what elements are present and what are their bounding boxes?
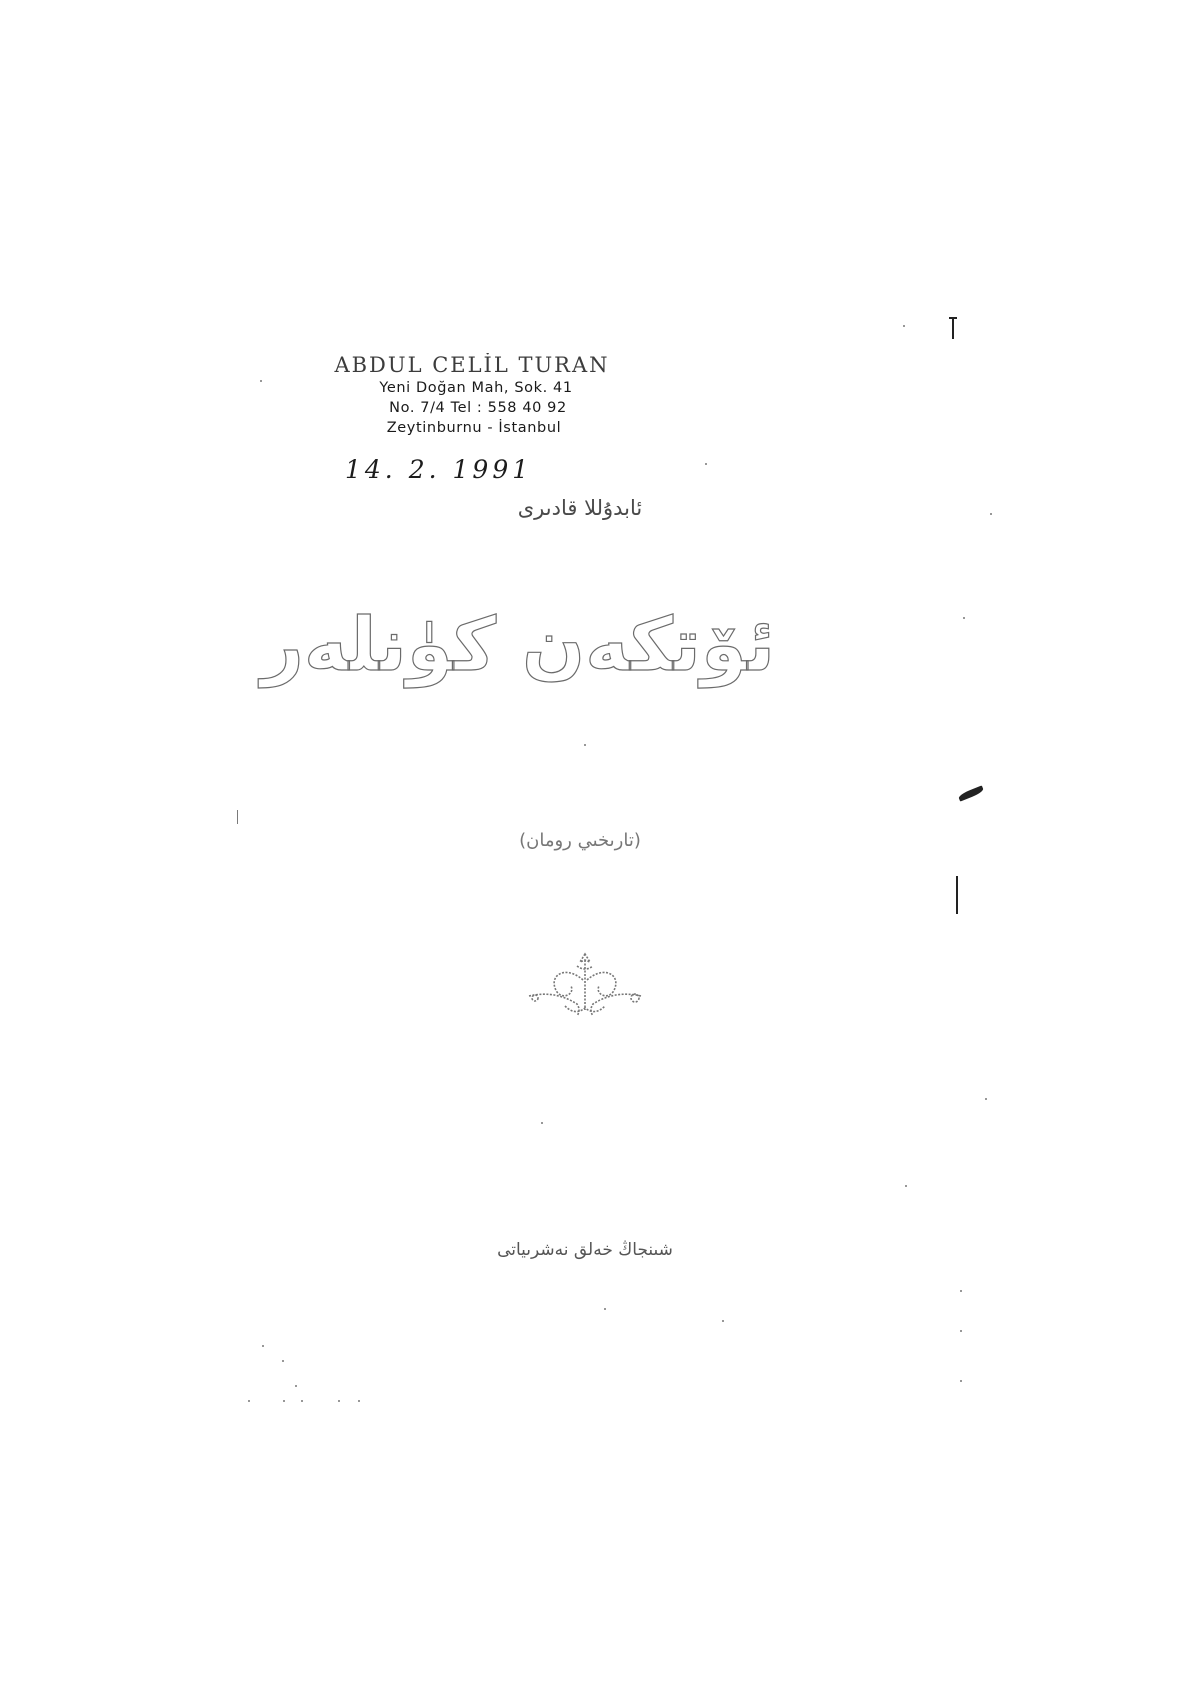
scan-mark-right-line (956, 876, 958, 914)
stamp-address-line-1: Yeni Doğan Mah, Sok. 41 (330, 378, 622, 398)
scan-speck (990, 513, 992, 515)
scan-speck (295, 1385, 297, 1387)
book-title: ئۆتكەن كۈنلەر (405, 580, 775, 710)
stamp-address-line-3: Zeytinburnu - İstanbul (326, 418, 622, 438)
scan-speck (260, 380, 262, 382)
book-subtitle: (تارىخىي رومان) (480, 830, 680, 851)
scan-speck (282, 1360, 284, 1362)
scan-smudge-right (958, 785, 985, 801)
scanned-title-page: ABDUL CELİL TURAN Yeni Doğan Mah, Sok. 4… (0, 0, 1190, 1690)
scan-speck (584, 744, 586, 746)
scan-speck (963, 617, 965, 619)
scan-speck (358, 1400, 360, 1402)
scan-speck (903, 325, 905, 327)
scan-mark-left-line (237, 810, 238, 824)
publisher-name: شىنجاڭ خەلق نەشرىياتى (470, 1240, 700, 1260)
scan-speck (960, 1330, 962, 1332)
stamp-owner-name: ABDUL CELİL TURAN (322, 352, 622, 378)
scan-speck (262, 1345, 264, 1347)
owner-stamp: ABDUL CELİL TURAN Yeni Doğan Mah, Sok. 4… (322, 352, 622, 438)
floral-ornament-icon (525, 950, 645, 1022)
scan-speck (604, 1308, 606, 1310)
scan-speck (722, 1320, 724, 1322)
scan-speck (905, 1185, 907, 1187)
scan-speck (301, 1400, 303, 1402)
scan-speck (960, 1380, 962, 1382)
scan-speck (985, 1098, 987, 1100)
scan-speck (283, 1400, 285, 1402)
scan-speck (248, 1400, 250, 1402)
scan-speck (338, 1400, 340, 1402)
scan-speck (705, 463, 707, 465)
scan-mark-top-right-line (952, 319, 954, 339)
author-name: ئابدۇللا قادىرى (470, 496, 690, 520)
handwritten-date: 14. 2. 1991 (345, 455, 532, 484)
scan-speck (960, 1290, 962, 1292)
scan-speck (541, 1122, 543, 1124)
stamp-address-line-2: No. 7/4 Tel : 558 40 92 (334, 398, 622, 418)
